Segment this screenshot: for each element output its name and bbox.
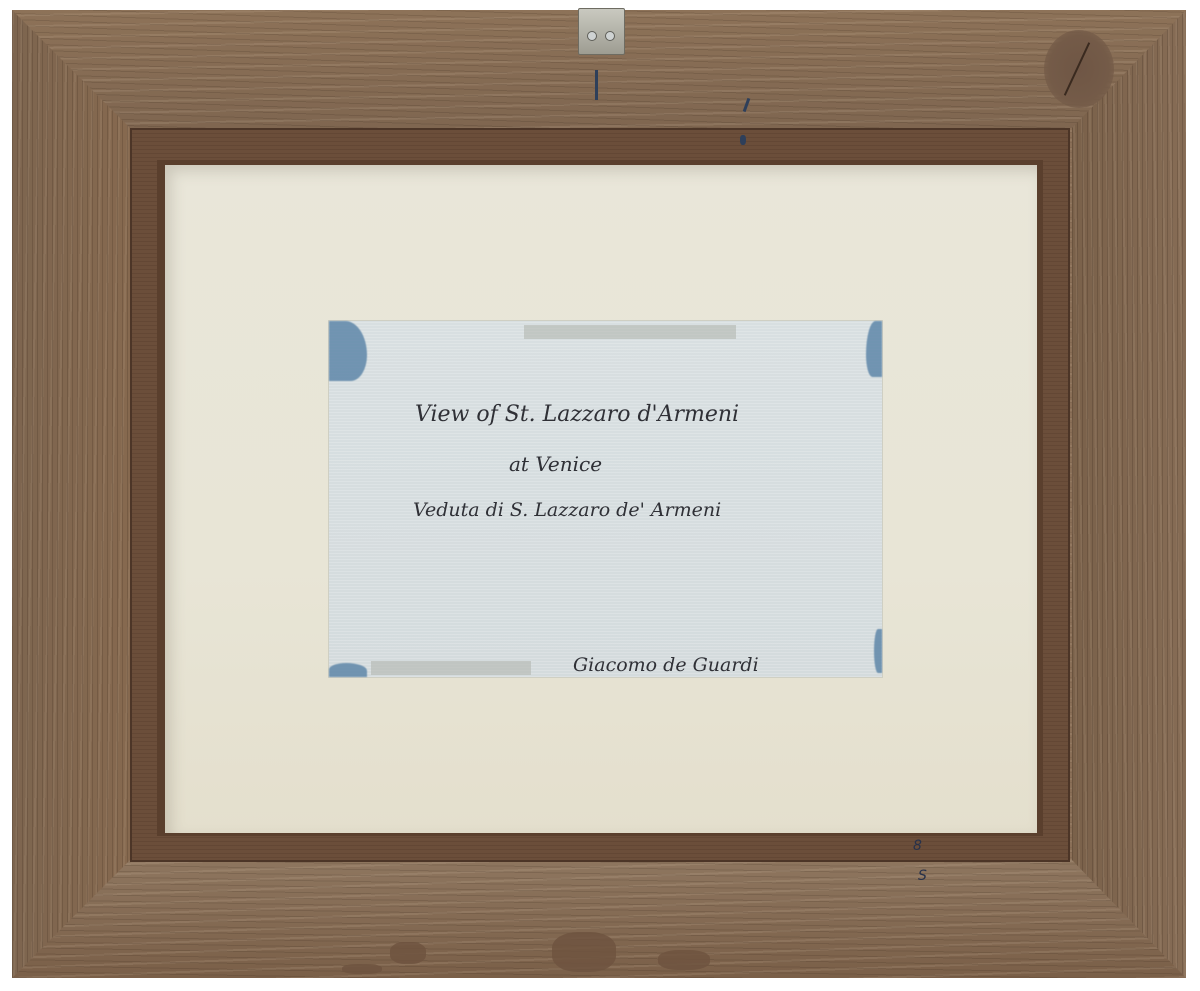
inscription-line-3: Veduta di S. Lazzaro de' Armeni bbox=[413, 499, 721, 521]
frame-mark-lower: S bbox=[918, 868, 927, 884]
nail-mark bbox=[740, 135, 746, 145]
screw-icon bbox=[587, 31, 597, 41]
paint-chip bbox=[390, 942, 426, 964]
wood-knot bbox=[1044, 30, 1114, 108]
inscription-line-1: View of St. Lazzaro d'Armeni bbox=[415, 402, 739, 427]
drawing-paper: View of St. Lazzaro d'Armeni at Venice V… bbox=[329, 321, 882, 677]
frame-mark-upper: 8 bbox=[913, 838, 922, 854]
paint-chip bbox=[342, 964, 382, 974]
hanger-bracket-icon bbox=[578, 8, 625, 55]
handwritten-inscription: View of St. Lazzaro d'Armeni at Venice V… bbox=[329, 321, 882, 677]
inscription-line-2: at Venice bbox=[509, 452, 602, 476]
nail-mark bbox=[595, 70, 598, 100]
paint-chip bbox=[658, 950, 710, 970]
paint-chip bbox=[552, 932, 616, 972]
frame-right-rail bbox=[1072, 10, 1186, 978]
frame-left-rail bbox=[12, 10, 130, 978]
screw-icon bbox=[605, 31, 615, 41]
inscription-signature: Giacomo de Guardi bbox=[573, 654, 759, 676]
